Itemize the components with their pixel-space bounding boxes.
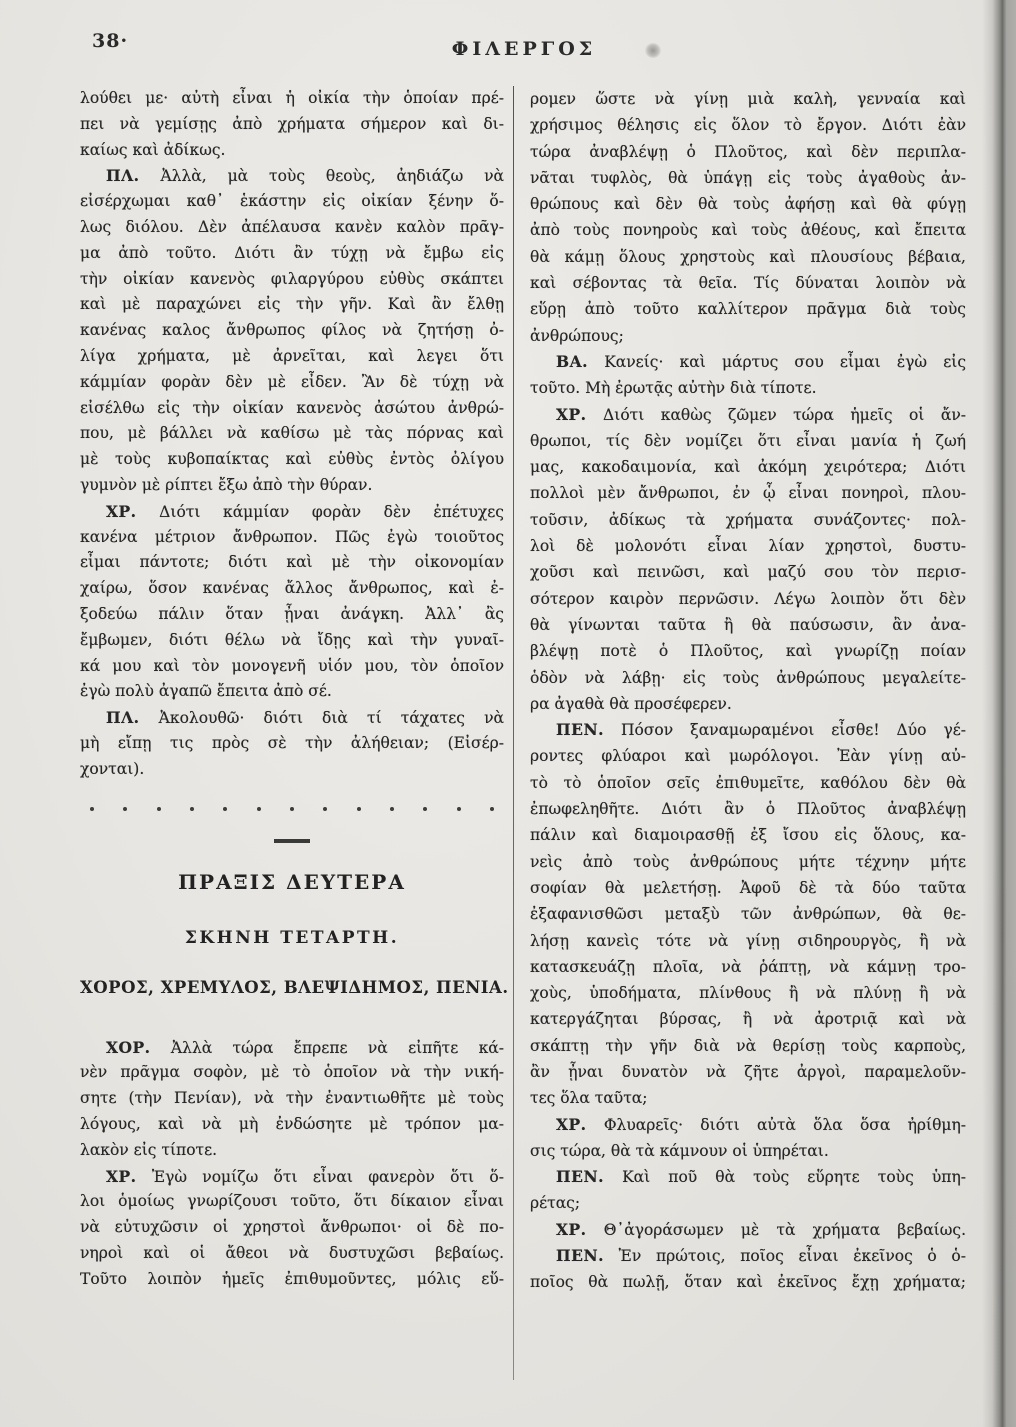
line-text: λόγους, καὶ νὰ μὴ ἐνδώσητε μὲ τρόπον μα- — [80, 1115, 504, 1133]
text-line: κανένα μέτριον ἄνθρωπον. Πῶς ἐγὼ τοιοῦτο… — [80, 525, 504, 551]
line-text: κά μου καὶ τὸν μονογενῆ υἱόν μου, τὸν ὁπ… — [80, 657, 504, 675]
text-line: τὴν οἰκίαν κανενὸς φιλαργύρου εὐθὺς σκάπ… — [80, 267, 504, 293]
line-text: που, μὲ βάλλει νὰ καθίσω μὲ τὰς πόρνας κ… — [80, 424, 504, 442]
separator-dot — [157, 807, 161, 811]
speaker-label: ΒΑ. — [556, 352, 588, 371]
line-text: Φλυαρεῖς· διότι αὐτὰ ὅλα ὅσα ἠρίθμη- — [587, 1116, 966, 1134]
text-line: νὰ εὐτυχῶσιν οἱ χρηστοὶ ἄνθρωποι· οἱ δὲ … — [80, 1215, 504, 1241]
speaker-label: ΧΡ. — [106, 502, 137, 521]
line-text: πάλιν καὶ διαμοιρασθῇ ἐξ ἴσου εἰς ὅλους,… — [530, 826, 966, 844]
line-text: Καὶ ποῦ θὰ τοὺς εὕρητε τοὺς ὑπη- — [604, 1168, 966, 1186]
line-text: ὁδὸν νὰ λάβῃ· εἰς τοὺς ἀνθρώπους μεγαλεί… — [530, 669, 966, 687]
heading-chars: ΧΟΡΟΣ, ΧΡΕΜΥΛΟΣ, ΒΛΕΨΙΔΗΜΟΣ, ΠΕΝΙΑ. — [80, 977, 504, 999]
line-text: νεὶς ἀπὸ τοὺς ἀνθρώπους μήτε τέχνην μήτε — [530, 853, 966, 871]
text-line: τὸ τὸ ὁποῖον σεῖς ἐπιθυμεῖτε, καθόλου δὲ… — [530, 770, 966, 796]
text-line: λακὸν εἰς τίποτε. — [80, 1138, 504, 1164]
line-text: χονται). — [80, 760, 144, 778]
line-text: χοῦσι καὶ πεινῶσι, καὶ μαζύ σου τὸν περι… — [530, 563, 966, 581]
separator-dot — [490, 807, 494, 811]
heading-act: ΠΡΑΞΙΣ ΔΕΥΤΕΡΑ — [80, 869, 504, 895]
line-text: ἀπὸ τοὺς πονηροὺς καὶ τοὺς ἀθέους, καὶ ἔ… — [530, 221, 966, 239]
line-text: βλέψῃ ποτὲ ὁ Πλοῦτος, καὶ γνωρίζῃ ποίαν — [530, 642, 966, 660]
page-edge-shadow — [982, 0, 1016, 1427]
text-line: ροντες φλύαροι καὶ μωρόλογοι. Ἐὰν γίνῃ α… — [530, 743, 966, 769]
line-text: μὴ εἴπῃ τις πρὸς σὲ τὴν ἀλήθειαν; (Εἰσέρ… — [80, 734, 504, 752]
text-line: θρωποι, τίς δὲν νομίζει ὅτι εἶναι μανία … — [530, 428, 966, 454]
separator-dot — [290, 807, 294, 811]
text-line: τοῦτο. Μὴ ἐρωτᾷς αὐτὴν διὰ τίποτε. — [530, 375, 966, 401]
line-text: κανένας καλος ἄνθρωπος φίλος νὰ ζητήσῃ ὀ… — [80, 321, 504, 339]
line-text: χρήσιμος θέλησις εἰς ὅλον τὸ ἔργον. Διότ… — [530, 116, 966, 134]
line-text: κανένα μέτριον ἄνθρωπον. Πῶς ἐγὼ τοιοῦτο… — [80, 528, 504, 546]
text-line: ἐπωφεληθῆτε. Διότι ἂν ὁ Πλοῦτος ἀναβλέψῃ — [530, 796, 966, 822]
text-line: μας, κακοδαιμονία, καὶ ἀκόμη χειρότερα; … — [530, 454, 966, 480]
text-line: ἐξαφανισθῶσι μεταξὺ τῶν ἀνθρώπων, θὰ θε- — [530, 901, 966, 927]
text-line: κάμμίαν φορὰν δὲν μὲ εἶδεν. Ἂν δὲ τύχῃ ν… — [80, 370, 504, 396]
text-line: χοὺς, ὑποδήματα, πλίνθους ἢ νὰ πλύνῃ ἢ ν… — [530, 980, 966, 1006]
text-line: εἶμαι πάντοτε; διότι καὶ μὲ τὴν οἰκονομί… — [80, 550, 504, 576]
text-line: νεὶς ἀπὸ τοὺς ἀνθρώπους μήτε τέχνην μήτε — [530, 849, 966, 875]
line-text: μας, κακοδαιμονία, καὶ ἀκόμη χειρότερα; … — [530, 458, 966, 476]
line-text: Ἐγὼ νομίζω ὅτι εἶναι φανερὸν ὅτι ὅ- — [137, 1168, 504, 1186]
line-text: εἶμαι πάντοτε; διότι καὶ μὲ τὴν οἰκονομί… — [80, 553, 504, 571]
text-line: καὶ μὲ παραχώνει εἰς τὴν γῆν. Καὶ ἂν ἔλθ… — [80, 292, 504, 318]
line-text: λοι ὁμοίως γνωρίζουσι τοῦτο, ὅτι δίκαιον… — [80, 1192, 504, 1210]
text-line: νᾶται τυφλὸς, θὰ ὑπάγῃ εἰς τοὺς ἀγαθοὺς … — [530, 165, 966, 191]
line-text: σότερον καιρὸν περνῶσιν. Λέγω λοιπὸν ὅτι… — [530, 590, 966, 608]
text-line: θρώπους καὶ δὲν θὰ τοὺς ἀφήσῃ καὶ θὰ φύγ… — [530, 191, 966, 217]
text-line: ΧΡ. Ἐγὼ νομίζω ὅτι εἶναι φανερὸν ὅτι ὅ- — [80, 1164, 504, 1190]
text-line: θὰ γίνωνται ταῦτα ἢ θὰ παύσωσιν, ἂν ἀνα- — [530, 612, 966, 638]
line-text: Ἀλλὰ τώρα ἔπρεπε νὰ εἰπῆτε κά- — [151, 1039, 504, 1057]
section-dash — [274, 839, 310, 843]
text-line: χονται). — [80, 757, 504, 783]
ink-smudge — [644, 43, 662, 58]
separator-dot — [357, 807, 361, 811]
text-line: λίγα χρήματα, μὲ ἀρνεῖται, καὶ λεγει ὅτι — [80, 344, 504, 370]
text-line: ΠΛ. Ἀλλὰ, μὰ τοὺς θεοὺς, ἀηδιάζω νὰ — [80, 163, 504, 189]
separator-dot — [223, 807, 227, 811]
line-text: ρομεν ὥστε νὰ γίνῃ μιὰ καλὴ, γενναία καὶ — [530, 90, 966, 108]
line-text: Διότι καθὼς ζῶμεν τώρα ἡμεῖς οἱ ἄν- — [587, 406, 966, 424]
line-text: μὲ τοὺς κυβοπαίκτας καὶ εὐθὺς ἐντὸς ὀλίγ… — [80, 450, 504, 468]
line-text: Θ᾽ἀγοράσωμεν μὲ τὰ χρήματα βεβαίως. — [587, 1221, 966, 1239]
text-line: γυμνὸν μὲ ρίπτει ἔξω ἀπὸ τὴν θύραν. — [80, 473, 504, 499]
line-text: Κανείς· καὶ μάρτυς σου εἶμαι ἐγὼ εἰς — [588, 353, 966, 371]
text-line: ΒΑ. Κανείς· καὶ μάρτυς σου εἶμαι ἐγὼ εἰς — [530, 349, 966, 375]
speaker-label: ΠΕΝ. — [556, 720, 604, 739]
line-text: νηροὶ καὶ οἱ ἄθεοι νὰ δυστυχῶσι βεβαίως. — [80, 1244, 504, 1262]
line-text: ποῖος θὰ πωλῇ, ὅταν καὶ ἐκεῖνος ἔχῃ χρήμ… — [530, 1273, 966, 1291]
text-line: Τοῦτο λοιπὸν ἡμεῖς ἐπιθυμοῦντες, μόλις ε… — [80, 1267, 504, 1293]
text-line: ἂν ᾖναι δυνατὸν νὰ ζῆτε ἀργοὶ, παραμελοῦ… — [530, 1059, 966, 1085]
line-text: Διότι κάμμίαν φορὰν δὲν ἐπέτυχες — [137, 503, 504, 521]
heading-scene: ΣΚΗΝΗ ΤΕΤΑΡΤΗ. — [80, 927, 504, 949]
line-text: νᾶται τυφλὸς, θὰ ὑπάγῃ εἰς τοὺς ἀγαθοὺς … — [530, 169, 966, 187]
text-line: εὕρῃ ἀπὸ τοῦτο καλλίτερον πρᾶγμα διὰ τοὺ… — [530, 296, 966, 322]
separator-dot — [123, 807, 127, 811]
line-text: λως διόλου. Δὲν ἀπέλαυσα κανὲν καλὸν πρᾶ… — [80, 218, 504, 236]
line-text: εὕρῃ ἀπὸ τοῦτο καλλίτερον πρᾶγμα διὰ τοὺ… — [530, 300, 966, 318]
separator-dot — [423, 807, 427, 811]
text-line: πει νὰ γεμίσῃς ἀπὸ χρήματα σήμερον καὶ δ… — [80, 112, 504, 138]
text-line: σητε (τὴν Πενίαν), νὰ τὴν ἐναντιωθῆτε μὲ… — [80, 1086, 504, 1112]
text-line: πάλιν καὶ διαμοιρασθῇ ἐξ ἴσου εἰς ὅλους,… — [530, 822, 966, 848]
text-line: ἀνθρώπους; — [530, 323, 966, 349]
text-line: σοφίαν θὰ μελετήσῃ. Ἀφοῦ δὲ τὰ δύο ταῦτα — [530, 875, 966, 901]
line-text: πολλοὶ μὲν ἄνθρωποι, ἐν ᾧ εἶναι πονηροὶ,… — [530, 484, 966, 502]
line-text: κατεργάζηται βύρσας, ἢ νὰ ἀροτριᾷ καὶ νὰ — [530, 1010, 966, 1028]
line-text: σητε (τὴν Πενίαν), νὰ τὴν ἐναντιωθῆτε μὲ… — [80, 1089, 504, 1107]
line-text: ἐξαφανισθῶσι μεταξὺ τῶν ἀνθρώπων, θὰ θε- — [530, 905, 966, 923]
speaker-label: ΧΡ. — [556, 1115, 587, 1134]
text-line: τώρα ἀναβλέψῃ ὁ Πλοῦτος, καὶ δὲν περιπλα… — [530, 139, 966, 165]
text-line: ἀπὸ τοὺς πονηροὺς καὶ τοὺς ἀθέους, καὶ ἔ… — [530, 217, 966, 243]
text-line: σις τώρα, θὰ τὰ κάμνουν οἱ ὑπηρέται. — [530, 1138, 966, 1164]
line-text: Τοῦτο λοιπὸν ἡμεῖς ἐπιθυμοῦντες, μόλις ε… — [80, 1270, 504, 1288]
text-line: ΧΟΡ. Ἀλλὰ τώρα ἔπρεπε νὰ εἰπῆτε κά- — [80, 1035, 504, 1061]
line-text: ἔμβωμεν, διότι θέλω νὰ ἴδῃς καὶ τὴν γυνα… — [80, 631, 504, 649]
separator-dot — [190, 807, 194, 811]
speaker-label: ΧΡ. — [556, 405, 587, 424]
text-line: λοὶ δὲ μολονότι εἶναι λίαν χρηστοὶ, δυστ… — [530, 533, 966, 559]
text-line: νηροὶ καὶ οἱ ἄθεοι νὰ δυστυχῶσι βεβαίως. — [80, 1241, 504, 1267]
text-line: λόγους, καὶ νὰ μὴ ἐνδώσητε μὲ τρόπον μα- — [80, 1112, 504, 1138]
text-line: χοῦσι καὶ πεινῶσι, καὶ μαζύ σου τὸν περι… — [530, 559, 966, 585]
speaker-label: ΧΡ. — [556, 1220, 587, 1239]
line-text: εἰσέλθω εἰς τὴν οἰκίαν κανενὸς ἀσώτου ἀν… — [80, 399, 504, 417]
text-block: λούθει με· αὐτὴ εἶναι ἡ οἰκία τὴν ὁποίαν… — [80, 86, 966, 1380]
line-text: ἂν ᾖναι δυνατὸν νὰ ζῆτε ἀργοὶ, παραμελοῦ… — [530, 1063, 966, 1081]
text-line: ΠΕΝ. Καὶ ποῦ θὰ τοὺς εὕρητε τοὺς ὑπη- — [530, 1164, 966, 1190]
separator-dot — [90, 807, 94, 811]
separator-dot — [390, 807, 394, 811]
line-text: Πόσον ξαναμωραμένοι εἶσθε! Δύο γέ- — [604, 721, 966, 739]
line-text: ροντες φλύαροι καὶ μωρόλογοι. Ἐὰν γίνῃ α… — [530, 747, 966, 765]
text-line: βλέψῃ ποτὲ ὁ Πλοῦτος, καὶ γνωρίζῃ ποίαν — [530, 638, 966, 664]
speaker-label: ΧΡ. — [106, 1167, 137, 1186]
line-text: λούθει με· αὐτὴ εἶναι ἡ οἰκία τὴν ὁποίαν… — [80, 89, 504, 107]
line-text: χοὺς, ὑποδήματα, πλίνθους ἢ νὰ πλύνῃ ἢ ν… — [530, 984, 966, 1002]
text-line: που, μὲ βάλλει νὰ καθίσω μὲ τὰς πόρνας κ… — [80, 421, 504, 447]
speaker-label: ΠΛ. — [106, 708, 140, 727]
line-text: Ἐν πρώτοις, ποῖος εἶναι ἐκεῖνος ὁ ὁ- — [604, 1247, 966, 1265]
separator-dot — [323, 807, 327, 811]
text-line: κατεργάζηται βύρσας, ἢ νὰ ἀροτριᾷ καὶ νὰ — [530, 1006, 966, 1032]
text-line: πολλοὶ μὲν ἄνθρωποι, ἐν ᾧ εἶναι πονηροὶ,… — [530, 480, 966, 506]
column-divider — [513, 86, 514, 1380]
page-number: 38· — [92, 30, 128, 52]
line-text: ξοδεύω πάλιν ὅταν ᾖναι ἀνάγκη. Ἀλλ᾽ ἂς — [80, 605, 504, 623]
text-line: τες ὅλα ταῦτα; — [530, 1085, 966, 1111]
line-text: Ἀκολουθῶ· διότι διὰ τί τάχατες νὰ — [140, 709, 504, 727]
line-text: λήσῃ κανεὶς τότε νὰ γίνῃ σιδηρουργὸς, ἢ … — [530, 932, 966, 950]
text-line: νὲν πρᾶγμα σοφὸν, μὲ τὸ ὁποῖον νὰ τὴν νι… — [80, 1060, 504, 1086]
text-line: ξοδεύω πάλιν ὅταν ᾖναι ἀνάγκη. Ἀλλ᾽ ἂς — [80, 602, 504, 628]
text-line: ρέτας; — [530, 1190, 966, 1216]
book-page: 38· ΦΙΛΕΡΓΟΣ λούθει με· αὐτὴ εἶναι ἡ οἰκ… — [0, 0, 1016, 1427]
text-line: σκάπτῃ τὴν γῆν διὰ νὰ θερίσῃ τοὺς καρποὺ… — [530, 1033, 966, 1059]
text-line: λούθει με· αὐτὴ εἶναι ἡ οἰκία τὴν ὁποίαν… — [80, 86, 504, 112]
right-column: ρομεν ὥστε νὰ γίνῃ μιὰ καλὴ, γενναία καὶ… — [530, 86, 966, 1296]
text-line: κατασκευάζῃ πλοῖα, νὰ ῥάπτῃ, νὰ κάμνῃ τρ… — [530, 954, 966, 980]
line-text: θρώπους καὶ δὲν θὰ τοὺς ἀφήσῃ καὶ θὰ φύγ… — [530, 195, 966, 213]
text-line: ἐγὼ πολὺ ἀγαπῶ ἔπειτα ἀπὸ σέ. — [80, 679, 504, 705]
text-line: ὁδὸν νὰ λάβῃ· εἰς τοὺς ἀνθρώπους μεγαλεί… — [530, 665, 966, 691]
line-text: τοῦτο. Μὴ ἐρωτᾷς αὐτὴν διὰ τίποτε. — [530, 379, 817, 397]
left-column: λούθει με· αὐτὴ εἶναι ἡ οἰκία τὴν ὁποίαν… — [80, 86, 504, 1292]
text-line: μὲ τοὺς κυβοπαίκτας καὶ εὐθὺς ἐντὸς ὀλίγ… — [80, 447, 504, 473]
speaker-label: ΠΛ. — [106, 166, 140, 185]
line-text: σοφίαν θὰ μελετήσῃ. Ἀφοῦ δὲ τὰ δύο ταῦτα — [530, 879, 966, 897]
line-text: μα ἀπὸ τοῦτο. Διότι ἂν τύχῃ νὰ ἔμβω εἰς — [80, 244, 504, 262]
line-text: κατασκευάζῃ πλοῖα, νὰ ῥάπτῃ, νὰ κάμνῃ τρ… — [530, 958, 966, 976]
text-line: ΧΡ. Θ᾽ἀγοράσωμεν μὲ τὰ χρήματα βεβαίως. — [530, 1217, 966, 1243]
text-line: καίως καὶ ἀδίκως. — [80, 138, 504, 164]
text-line: καὶ σέβοντας τὰ θεῖα. Τίς δύναται λοιπὸν… — [530, 270, 966, 296]
line-text: καὶ σέβοντας τὰ θεῖα. Τίς δύναται λοιπὸν… — [530, 274, 966, 292]
text-line: ΠΛ. Ἀκολουθῶ· διότι διὰ τί τάχατες νὰ — [80, 705, 504, 731]
line-text: εἰσέρχωμαι καθ᾽ ἑκάστην εἰς οἰκίαν ξένην… — [80, 192, 504, 210]
text-line: μα ἀπὸ τοῦτο. Διότι ἂν τύχῃ νὰ ἔμβω εἰς — [80, 241, 504, 267]
line-text: ρα ἀγαθὰ θὰ προσέφερεν. — [530, 695, 732, 713]
text-line: κά μου καὶ τὸν μονογενῆ υἱόν μου, τὸν ὁπ… — [80, 654, 504, 680]
text-line: ΧΡ. Φλυαρεῖς· διότι αὐτὰ ὅλα ὅσα ἠρίθμη- — [530, 1112, 966, 1138]
line-text: κάμμίαν φορὰν δὲν μὲ εἶδεν. Ἂν δὲ τύχῃ ν… — [80, 373, 504, 391]
line-text: θὰ κάμῃ ὅλους χρηστοὺς καὶ πλουσίους βέβ… — [530, 248, 966, 266]
text-line: λοι ὁμοίως γνωρίζουσι τοῦτο, ὅτι δίκαιον… — [80, 1189, 504, 1215]
text-line: ποῖος θὰ πωλῇ, ὅταν καὶ ἐκεῖνος ἔχῃ χρήμ… — [530, 1269, 966, 1295]
text-line: εἰσέλθω εἰς τὴν οἰκίαν κανενὸς ἀσώτου ἀν… — [80, 396, 504, 422]
speaker-label: ΠΕΝ. — [556, 1167, 604, 1186]
line-text: λίγα χρήματα, μὲ ἀρνεῖται, καὶ λεγει ὅτι — [80, 347, 504, 365]
line-text: τὴν οἰκίαν κανενὸς φιλαργύρου εὐθὺς σκάπ… — [80, 270, 504, 288]
separator-dot — [457, 807, 461, 811]
text-line: λως διόλου. Δὲν ἀπέλαυσα κανὲν καλὸν πρᾶ… — [80, 215, 504, 241]
speaker-label: ΠΕΝ. — [556, 1246, 604, 1265]
text-line: ΠΕΝ. Ἐν πρώτοις, ποῖος εἶναι ἐκεῖνος ὁ ὁ… — [530, 1243, 966, 1269]
line-text: ἐπωφεληθῆτε. Διότι ἂν ὁ Πλοῦτος ἀναβλέψῃ — [530, 800, 966, 818]
line-text: τὸ τὸ ὁποῖον σεῖς ἐπιθυμεῖτε, καθόλου δὲ… — [530, 774, 966, 792]
text-line: λήσῃ κανεὶς τότε νὰ γίνῃ σιδηρουργὸς, ἢ … — [530, 928, 966, 954]
line-text: λακὸν εἰς τίποτε. — [80, 1141, 217, 1159]
line-text: σις τώρα, θὰ τὰ κάμνουν οἱ ὑπηρέται. — [530, 1142, 829, 1160]
line-text: καὶ μὲ παραχώνει εἰς τὴν γῆν. Καὶ ἂν ἔλθ… — [80, 295, 504, 313]
text-line: τοῦσιν, ἀδίκως τὰ χρήματα συνάζοντες· πο… — [530, 507, 966, 533]
line-text: θρωποι, τίς δὲν νομίζει ὅτι εἶναι μανία … — [530, 432, 966, 450]
speaker-label: ΧΟΡ. — [106, 1038, 151, 1057]
text-line: θὰ κάμῃ ὅλους χρηστοὺς καὶ πλουσίους βέβ… — [530, 244, 966, 270]
separator-dot — [257, 807, 261, 811]
line-text: ἀνθρώπους; — [530, 327, 624, 345]
line-text: νὰ εὐτυχῶσιν οἱ χρηστοὶ ἄνθρωποι· οἱ δὲ … — [80, 1218, 504, 1236]
text-line: ΧΡ. Διότι κάμμίαν φορὰν δὲν ἐπέτυχες — [80, 499, 504, 525]
text-line: ΠΕΝ. Πόσον ξαναμωραμένοι εἶσθε! Δύο γέ- — [530, 717, 966, 743]
line-text: σκάπτῃ τὴν γῆν διὰ νὰ θερίσῃ τοὺς καρποὺ… — [530, 1037, 966, 1055]
line-text: λοὶ δὲ μολονότι εἶναι λίαν χρηστοὶ, δυστ… — [530, 537, 966, 555]
text-line: μὴ εἴπῃ τις πρὸς σὲ τὴν ἀλήθειαν; (Εἰσέρ… — [80, 731, 504, 757]
line-text: τες ὅλα ταῦτα; — [530, 1089, 648, 1107]
line-text: πει νὰ γεμίσῃς ἀπὸ χρήματα σήμερον καὶ δ… — [80, 115, 504, 133]
text-line: ρομεν ὥστε νὰ γίνῃ μιὰ καλὴ, γενναία καὶ — [530, 86, 966, 112]
line-text: τοῦσιν, ἀδίκως τὰ χρήματα συνάζοντες· πο… — [530, 511, 966, 529]
line-text: τώρα ἀναβλέψῃ ὁ Πλοῦτος, καὶ δὲν περιπλα… — [530, 143, 966, 161]
text-line: κανένας καλος ἄνθρωπος φίλος νὰ ζητήσῃ ὀ… — [80, 318, 504, 344]
text-line: χρήσιμος θέλησις εἰς ὅλον τὸ ἔργον. Διότ… — [530, 112, 966, 138]
line-text: νὲν πρᾶγμα σοφὸν, μὲ τὸ ὁποῖον νὰ τὴν νι… — [80, 1063, 504, 1081]
text-line: χαίρω, ὅσον κανένας ἄλλος ἄνθρωπος, καὶ … — [80, 576, 504, 602]
line-text: χαίρω, ὅσον κανένας ἄλλος ἄνθρωπος, καὶ … — [80, 579, 504, 597]
line-text: γυμνὸν μὲ ρίπτει ἔξω ἀπὸ τὴν θύραν. — [80, 476, 372, 494]
line-text: ἐγὼ πολὺ ἀγαπῶ ἔπειτα ἀπὸ σέ. — [80, 682, 332, 700]
line-text: θὰ γίνωνται ταῦτα ἢ θὰ παύσωσιν, ἂν ἀνα- — [530, 616, 966, 634]
text-line: ρα ἀγαθὰ θὰ προσέφερεν. — [530, 691, 966, 717]
text-line: σότερον καιρὸν περνῶσιν. Λέγω λοιπὸν ὅτι… — [530, 586, 966, 612]
text-line: ΧΡ. Διότι καθὼς ζῶμεν τώρα ἡμεῖς οἱ ἄν- — [530, 402, 966, 428]
dotted-separator — [80, 805, 504, 813]
line-text: Ἀλλὰ, μὰ τοὺς θεοὺς, ἀηδιάζω νὰ — [140, 167, 504, 185]
running-title: ΦΙΛΕΡΓΟΣ — [452, 38, 596, 60]
line-text: καίως καὶ ἀδίκως. — [80, 141, 225, 159]
text-line: ἔμβωμεν, διότι θέλω νὰ ἴδῃς καὶ τὴν γυνα… — [80, 628, 504, 654]
line-text: ρέτας; — [530, 1194, 580, 1212]
text-line: εἰσέρχωμαι καθ᾽ ἑκάστην εἰς οἰκίαν ξένην… — [80, 189, 504, 215]
